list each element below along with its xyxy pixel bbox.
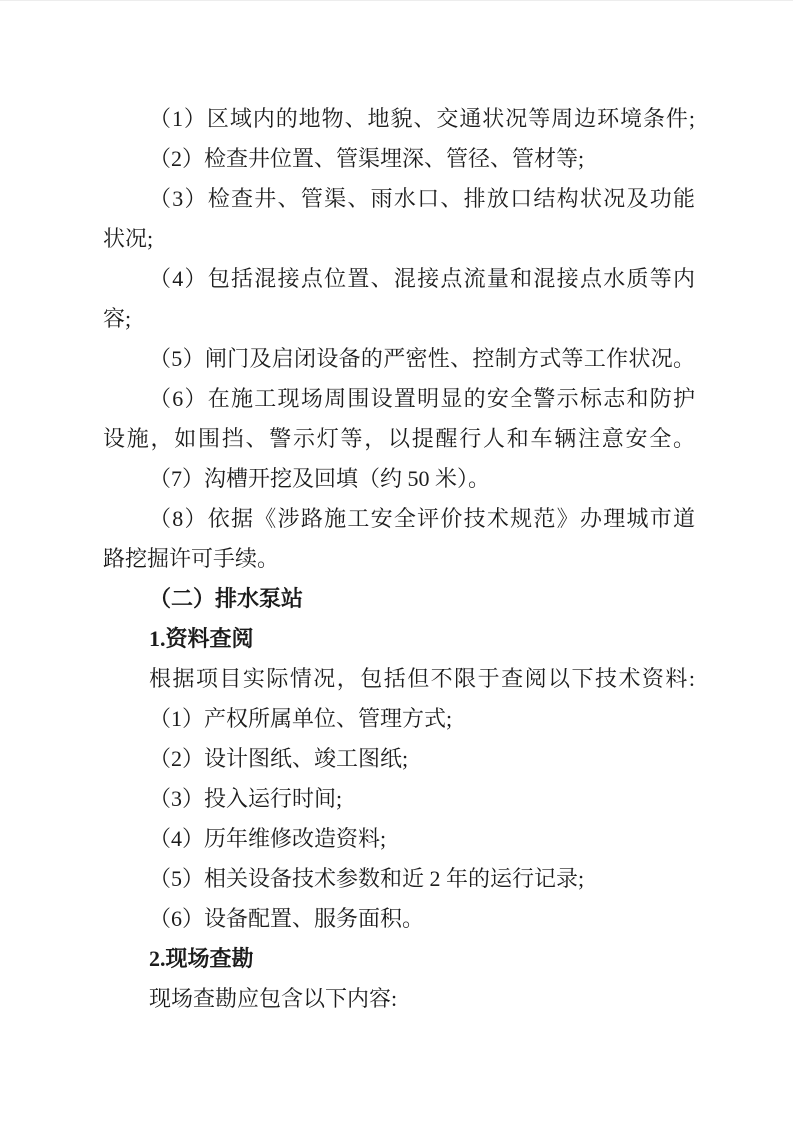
list-item-1: （1）区域内的地物、地貌、交通状况等周边环境条件; [103, 99, 695, 139]
data-review-item-3: （3）投入运行时间; [103, 779, 695, 819]
list-item-8: （8）依据《涉路施工安全评价技术规范》办理城市道 [103, 499, 695, 539]
list-item-4-continuation: 容; [103, 299, 695, 339]
list-item-6: （6）在施工现场周围设置明显的安全警示标志和防护 [103, 379, 695, 419]
data-review-item-4: （4）历年维修改造资料; [103, 819, 695, 859]
list-item-7: （7）沟槽开挖及回填（约 50 米）。 [103, 459, 695, 499]
data-review-item-6: （6）设备配置、服务面积。 [103, 899, 695, 939]
document-page: （1）区域内的地物、地貌、交通状况等周边环境条件; （2）检查井位置、管渠埋深、… [0, 0, 793, 1122]
list-item-5: （5）闸门及启闭设备的严密性、控制方式等工作状况。 [103, 339, 695, 379]
data-review-item-2: （2）设计图纸、竣工图纸; [103, 739, 695, 779]
list-item-8-continuation: 路挖掘许可手续。 [103, 539, 695, 579]
list-item-3-continuation: 状况; [103, 219, 695, 259]
data-review-item-5: （5）相关设备技术参数和近 2 年的运行记录; [103, 859, 695, 899]
subsection-heading-site-survey: 2.现场查勘 [103, 939, 695, 979]
document-body: （1）区域内的地物、地貌、交通状况等周边环境条件; （2）检查井位置、管渠埋深、… [103, 99, 695, 1019]
section-heading-drainage-pump-station: （二）排水泵站 [103, 579, 695, 619]
subsection-heading-data-review: 1.资料查阅 [103, 619, 695, 659]
paragraph-site-survey-intro: 现场查勘应包含以下内容: [103, 979, 695, 1019]
list-item-2: （2）检查井位置、管渠埋深、管径、管材等; [103, 139, 695, 179]
list-item-3: （3）检查井、管渠、雨水口、排放口结构状况及功能 [103, 179, 695, 219]
list-item-6-continuation: 设施，如围挡、警示灯等，以提醒行人和车辆注意安全。 [103, 419, 695, 459]
list-item-4: （4）包括混接点位置、混接点流量和混接点水质等内 [103, 259, 695, 299]
data-review-item-1: （1）产权所属单位、管理方式; [103, 699, 695, 739]
paragraph-data-review-intro: 根据项目实际情况，包括但不限于查阅以下技术资料: [103, 659, 695, 699]
